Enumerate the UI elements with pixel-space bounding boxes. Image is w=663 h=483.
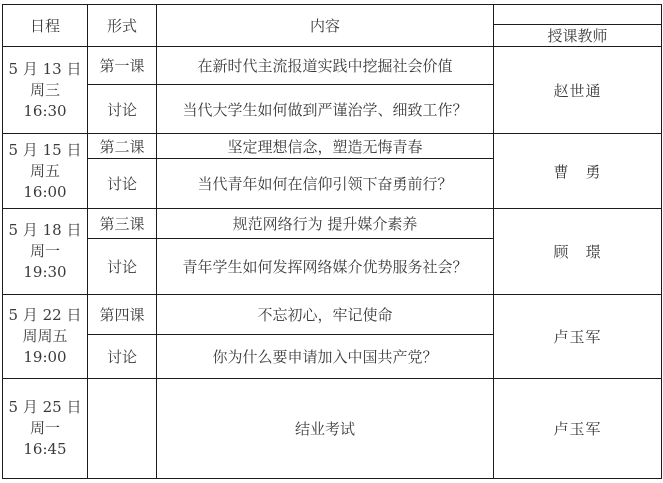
table-row: 5 月 15 日 周五 16:00 第二课 坚定理想信念，塑造无悔青春 曹 勇 [3,134,662,159]
teacher-cell: 赵世通 [494,47,662,134]
date-line-2: 周一 [3,241,87,262]
date-line-3: 19:30 [3,262,87,283]
header-form: 形式 [88,5,157,47]
content-cell: 规范网络行为 提升媒介素养 [157,209,494,239]
date-line-2: 周周五 [3,326,87,347]
teacher-cell: 卢玉军 [494,295,662,379]
table-row: 5 月 13 日 周三 16:30 第一课 在新时代主流报道实践中挖掘社会价值 … [3,47,662,85]
form-cell: 第四课 [88,295,157,335]
form-cell [88,379,157,479]
document-page: 日程 形式 内容 授课教师 5 月 13 日 周三 16:30 第一课 在新时代… [0,0,663,483]
date-line-1: 5 月 22 日 [3,305,87,326]
date-cell: 5 月 25 日 周一 16:45 [3,379,88,479]
header-row-top: 日程 形式 内容 [3,5,662,25]
date-line-1: 5 月 13 日 [3,59,87,80]
date-cell: 5 月 13 日 周三 16:30 [3,47,88,134]
form-cell: 讨论 [88,335,157,379]
form-cell: 讨论 [88,239,157,295]
date-cell: 5 月 18 日 周一 19:30 [3,209,88,295]
date-cell: 5 月 22 日 周周五 19:00 [3,295,88,379]
date-line-3: 16:00 [3,182,87,203]
content-cell: 当代大学生如何做到严谨治学、细致工作？ [157,85,494,134]
form-cell: 讨论 [88,159,157,209]
date-line-2: 周一 [3,418,87,439]
date-line-1: 5 月 25 日 [3,397,87,418]
content-cell: 你为什么要申请加入中国共产党？ [157,335,494,379]
header-teacher-top [494,5,662,25]
form-cell: 第二课 [88,134,157,159]
teacher-cell: 顾 璟 [494,209,662,295]
content-cell: 结业考试 [157,379,494,479]
table-row: 5 月 18 日 周一 19:30 第三课 规范网络行为 提升媒介素养 顾 璟 [3,209,662,239]
date-line-1: 5 月 18 日 [3,220,87,241]
table-row: 5 月 25 日 周一 16:45 结业考试 卢玉军 [3,379,662,479]
date-line-3: 16:30 [3,101,87,122]
content-cell: 不忘初心，牢记使命 [157,295,494,335]
course-schedule-table: 日程 形式 内容 授课教师 5 月 13 日 周三 16:30 第一课 在新时代… [2,4,662,479]
content-cell: 在新时代主流报道实践中挖掘社会价值 [157,47,494,85]
header-content: 内容 [157,5,494,47]
date-line-2: 周三 [3,80,87,101]
content-cell: 青年学生如何发挥网络媒介优势服务社会？ [157,239,494,295]
date-line-2: 周五 [3,161,87,182]
header-date: 日程 [3,5,88,47]
date-line-3: 19:00 [3,347,87,368]
header-teacher: 授课教师 [494,25,662,47]
content-cell: 坚定理想信念，塑造无悔青春 [157,134,494,159]
form-cell: 第一课 [88,47,157,85]
teacher-cell: 曹 勇 [494,134,662,209]
content-cell: 当代青年如何在信仰引领下奋勇前行？ [157,159,494,209]
date-line-3: 16:45 [3,439,87,460]
form-cell: 第三课 [88,209,157,239]
form-cell: 讨论 [88,85,157,134]
teacher-cell: 卢玉军 [494,379,662,479]
date-cell: 5 月 15 日 周五 16:00 [3,134,88,209]
table-row: 5 月 22 日 周周五 19:00 第四课 不忘初心，牢记使命 卢玉军 [3,295,662,335]
date-line-1: 5 月 15 日 [3,140,87,161]
